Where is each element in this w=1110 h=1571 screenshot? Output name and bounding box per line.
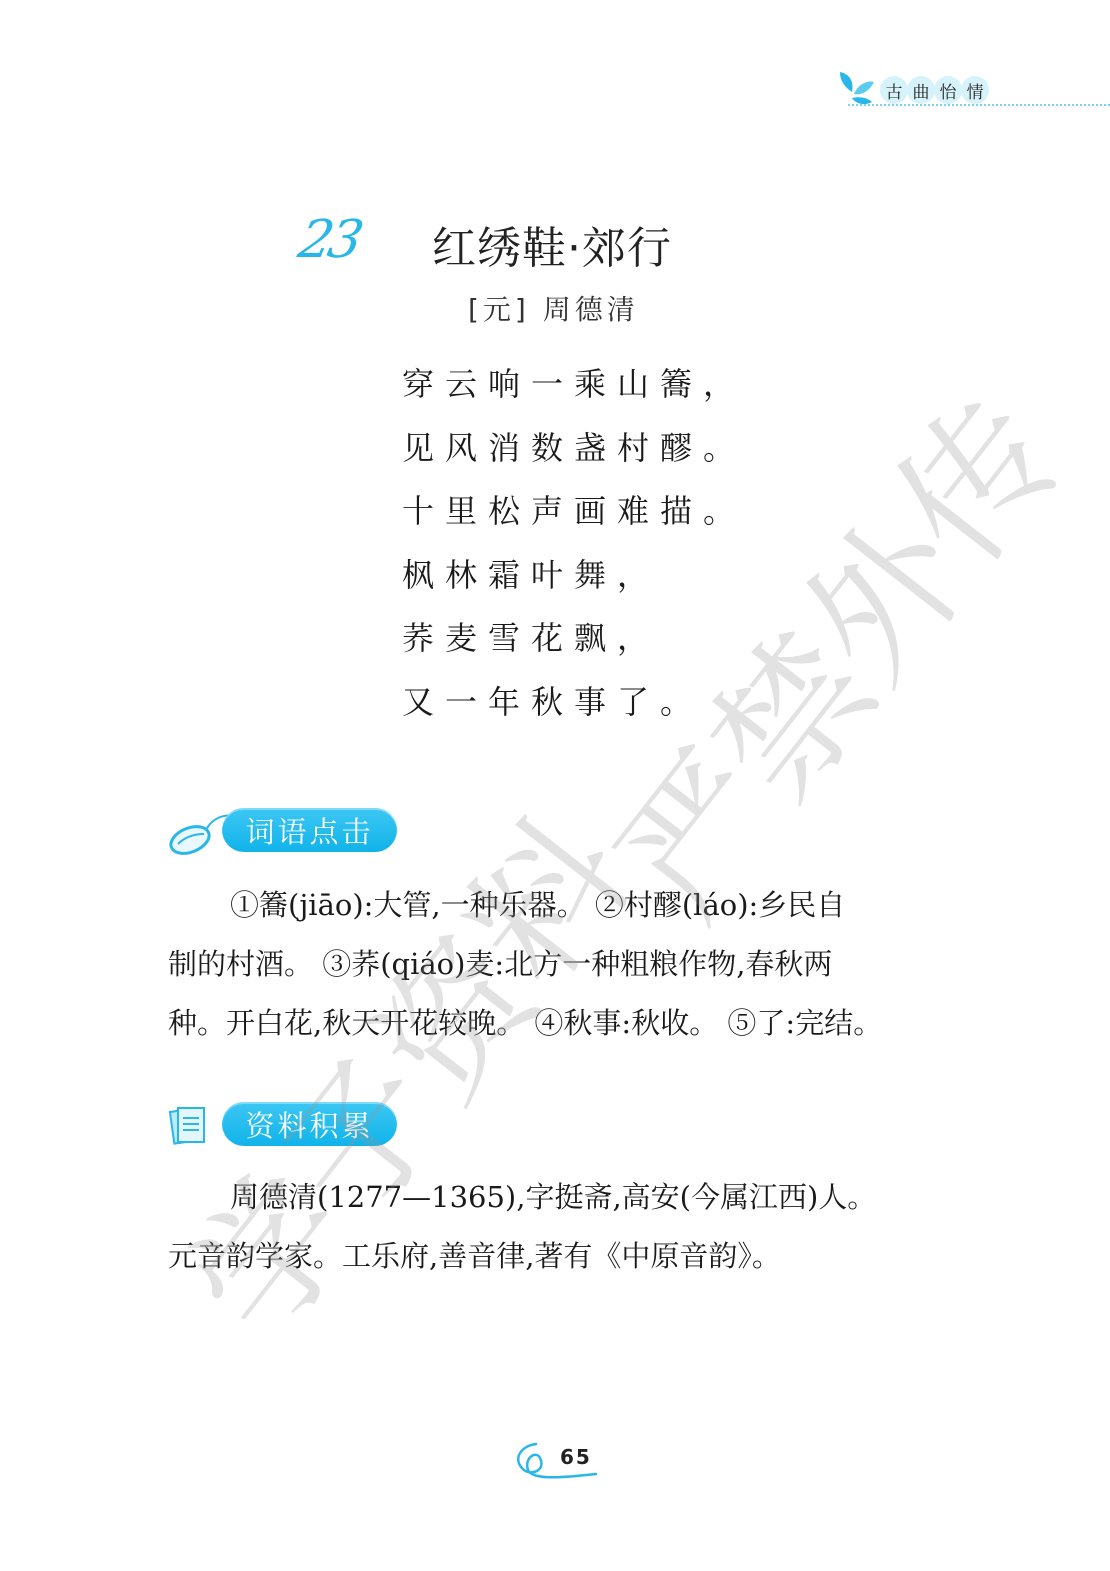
page-number: 65 (560, 1445, 592, 1469)
lesson-number: 23 (294, 210, 365, 270)
author-info: 周德清(1277—1365),字挺斋,高安(今属江西)人。 元音韵学家。工乐府,… (168, 1168, 943, 1286)
poem-line: 十里松声画难描。 (402, 487, 746, 551)
dotted-divider (848, 104, 1110, 106)
section-title-char: 怡 (934, 76, 962, 104)
page-footer: 65 (510, 1440, 610, 1490)
lesson-title: 红绣鞋·郊行 (432, 212, 672, 276)
info-section-badge: 资料积累 (168, 1100, 408, 1148)
vocab-section-badge: 词语点击 (168, 806, 408, 854)
vocab-notes: ①簥(jiāo):大管,一种乐器。 ②村醪(láo):乡民自 制的村酒。 ③荞(… (168, 876, 943, 1053)
section-title-char: 曲 (907, 76, 935, 104)
page-header: 古 曲 怡 情 (836, 68, 1110, 108)
poem-line: 荞麦雪花飘， (402, 614, 746, 678)
info-line: 周德清(1277—1365),字挺斋,高安(今属江西)人。 (168, 1168, 943, 1227)
info-line: 元音韵学家。工乐府,善音律,著有《中原音韵》。 (168, 1227, 943, 1286)
poem-line: 见风消数盏村醪。 (402, 424, 746, 488)
info-section-label: 资料积累 (222, 1102, 397, 1146)
leaf-icon (836, 68, 876, 108)
section-title: 古 曲 怡 情 (880, 76, 988, 104)
vocab-section-label: 词语点击 (222, 808, 397, 852)
section-title-char: 情 (961, 76, 989, 104)
lesson-heading: 23 红绣鞋·郊行 (300, 208, 800, 278)
document-icon (168, 1100, 228, 1152)
poem-line: 枫林霜叶舞， (402, 551, 746, 615)
vocab-line: 制的村酒。 ③荞(qiáo)麦:北方一种粗粮作物,春秋两 (168, 935, 943, 994)
vocab-line: ①簥(jiāo):大管,一种乐器。 ②村醪(láo):乡民自 (168, 876, 943, 935)
section-title-char: 古 (880, 76, 908, 104)
vocab-line: 种。开白花,秋天开花较晚。 ④秋事:秋收。 ⑤了:完结。 (168, 994, 943, 1053)
poem-line: 穿云响一乘山簥， (402, 360, 746, 424)
poem-body: 穿云响一乘山簥， 见风消数盏村醪。 十里松声画难描。 枫林霜叶舞， 荞麦雪花飘，… (402, 360, 746, 741)
lesson-author: [元] 周德清 (468, 288, 639, 328)
poem-line: 又一年秋事了。 (402, 678, 746, 742)
